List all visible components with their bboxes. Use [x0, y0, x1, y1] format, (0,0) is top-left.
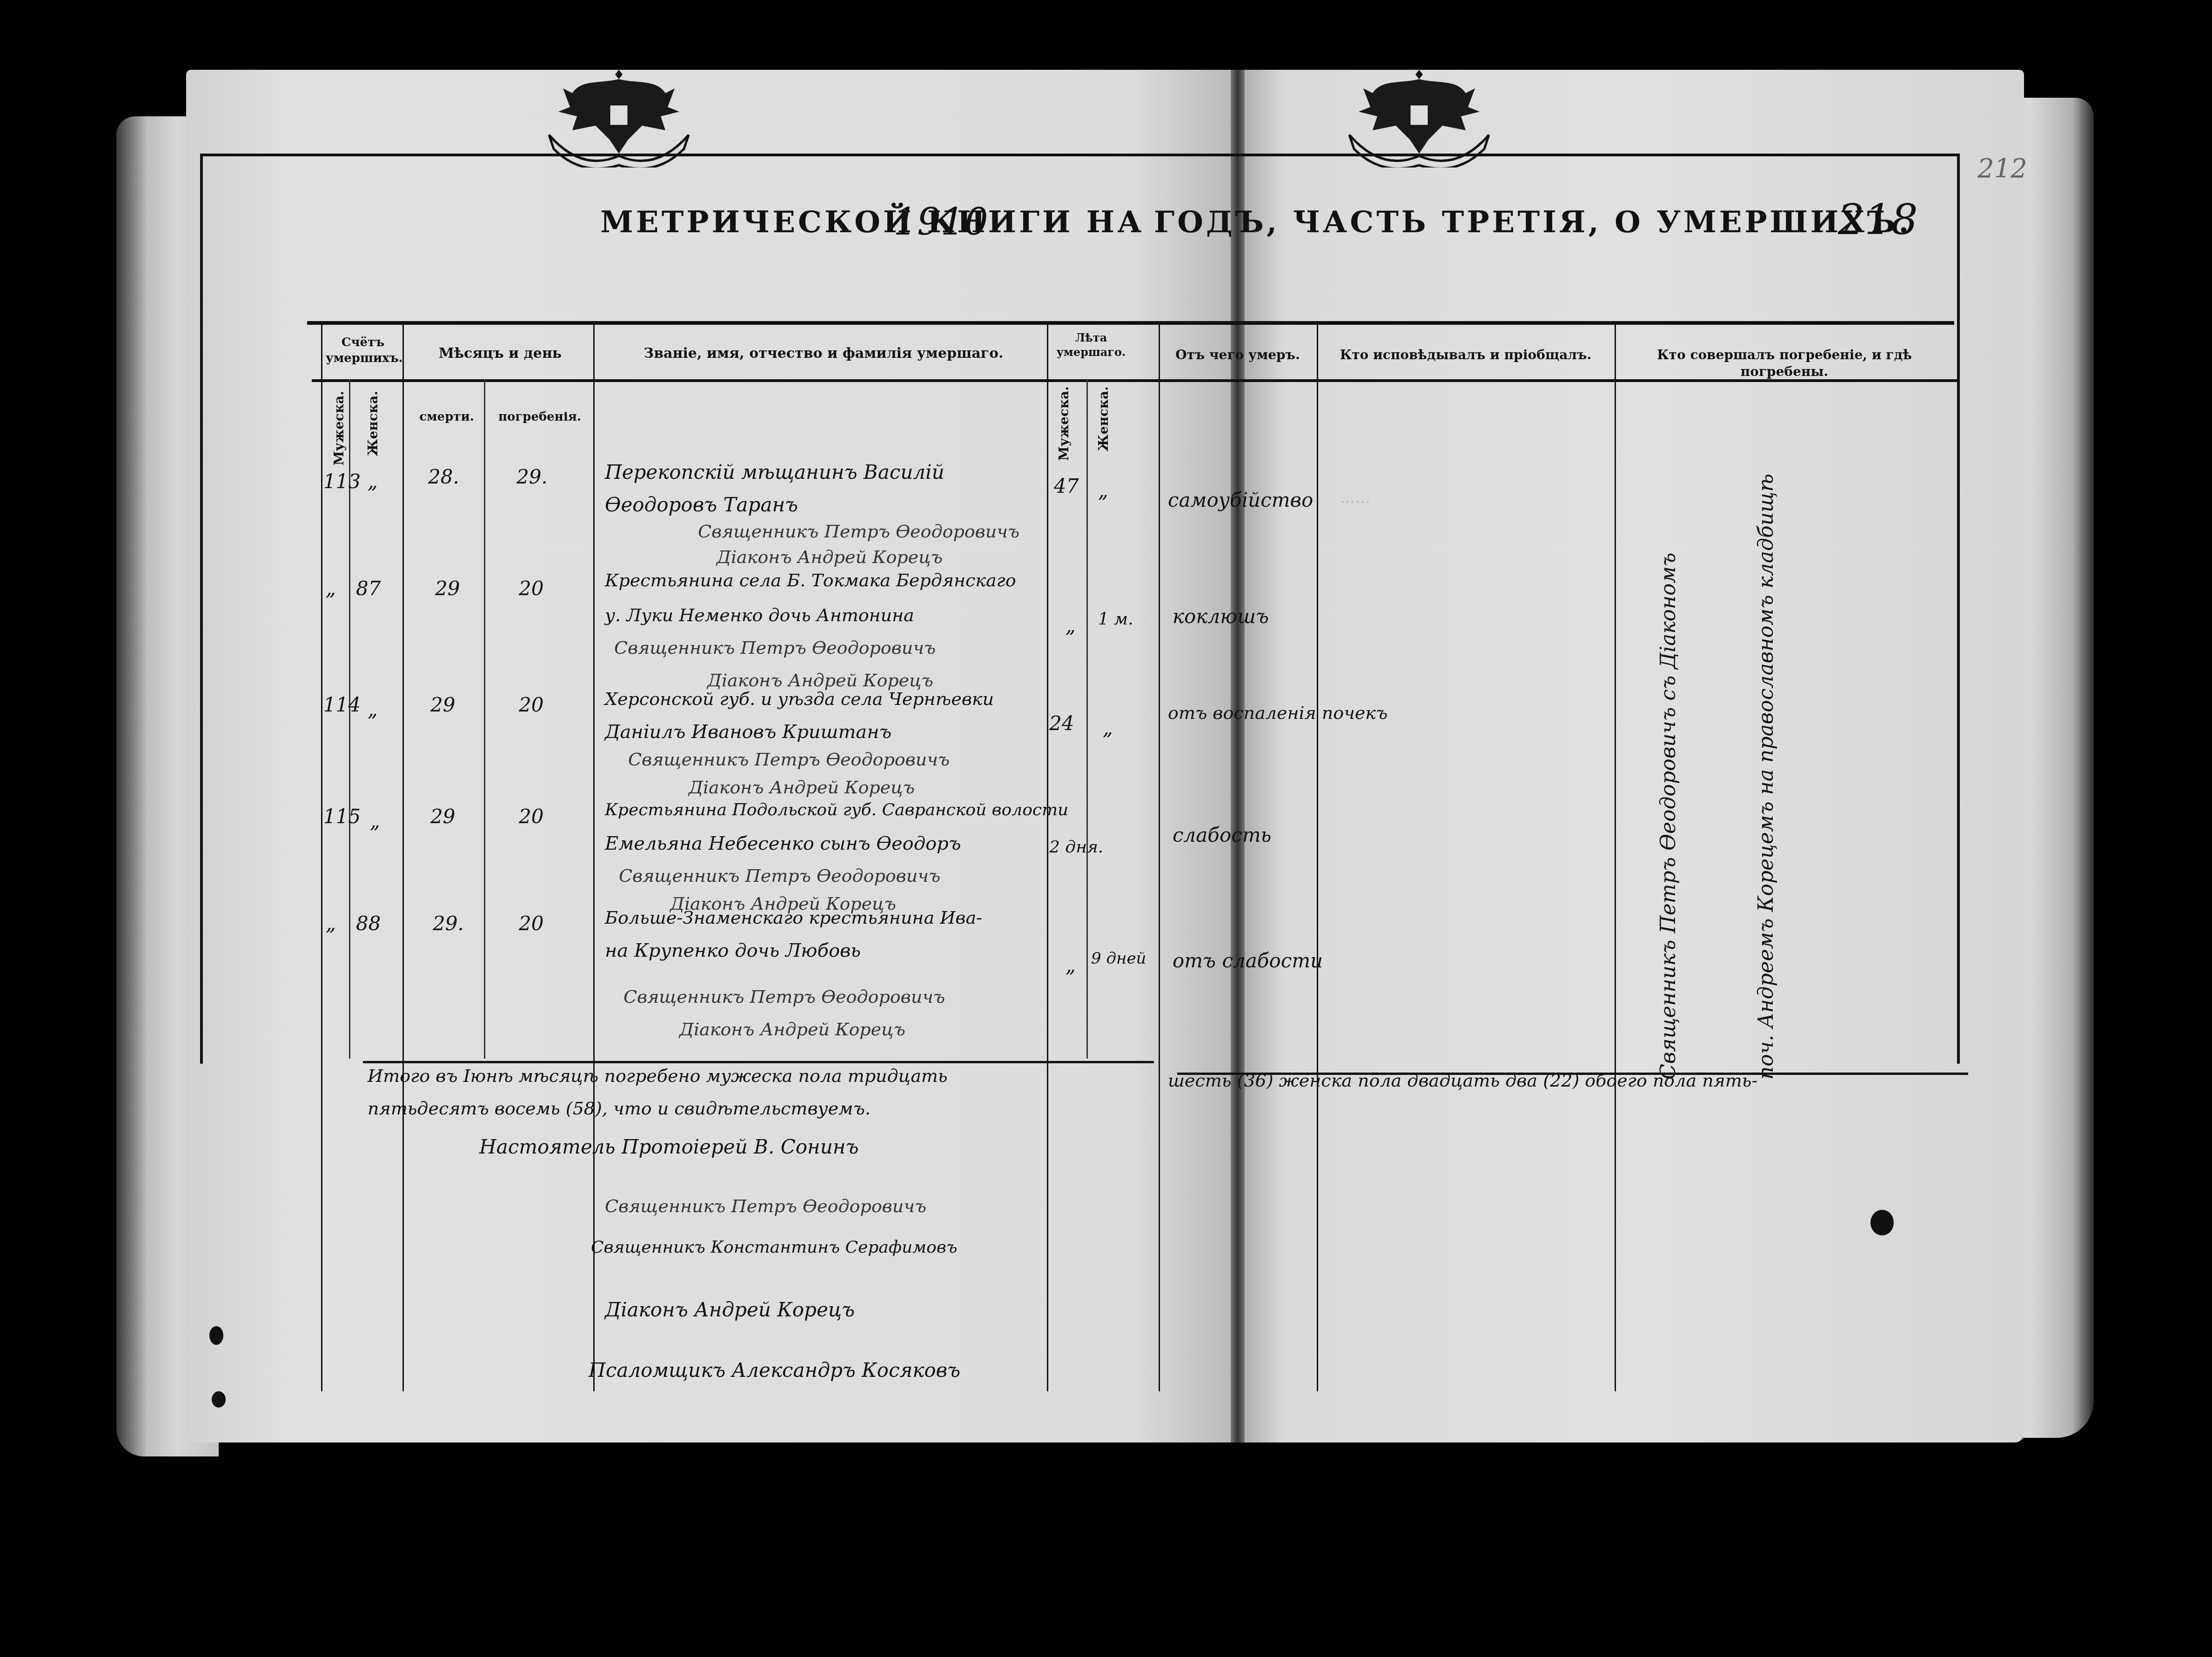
- page-title: МЕТРИЧЕСКОЙ КНИГИ НА 1910 ГОДЪ, ЧАСТЬ ТР…: [200, 205, 1954, 247]
- male-count: 113: [323, 470, 361, 493]
- bleed-through-text: ......: [1340, 489, 1370, 507]
- death-day: 29: [435, 577, 460, 600]
- column-divider: [1047, 321, 1048, 1391]
- deceased-name-line1: Больше-Знаменскаго крестьянина Ива-: [605, 907, 982, 928]
- age-female: „: [1103, 717, 1113, 739]
- column-divider: [402, 321, 404, 1391]
- summary-rule-left: [363, 1061, 1154, 1063]
- title-right: ГОДЪ, ЧАСТЬ ТРЕТІЯ, О УМЕРШИХЪ.: [1154, 205, 1911, 240]
- age-male: 47: [1054, 475, 1079, 497]
- column-divider: [484, 379, 485, 1059]
- priest-signature: Священникъ Петръ Өеодоровичъ: [698, 521, 1019, 542]
- signature-priest-petr: Священникъ Петръ Өеодоровичъ: [605, 1196, 926, 1216]
- column-divider: [321, 321, 322, 1391]
- male-count: 114: [323, 693, 361, 716]
- cause-of-death: коклюшъ: [1173, 605, 1269, 628]
- header-count-female: Женска.: [365, 391, 381, 456]
- ink-blot: [1870, 1210, 1894, 1235]
- burial-place: поч. Андреемъ Корецемъ на православномъ …: [1754, 419, 1778, 1080]
- signature-deacon: Діаконъ Андрей Корецъ: [605, 1298, 855, 1321]
- male-count: „: [326, 912, 336, 935]
- summary-right-line: шесть (36) женска пола двадцать два (22)…: [1168, 1070, 1757, 1091]
- signature-psalmist: Псаломщикъ Александръ Косяковъ: [589, 1359, 960, 1382]
- deceased-name-line2: Өеодоровъ Таранъ: [605, 493, 798, 516]
- column-divider: [1317, 321, 1318, 1391]
- female-count: „: [370, 810, 380, 832]
- signature-priest-konstantin: Священникъ Константинъ Серафимовъ: [591, 1238, 958, 1257]
- column-divider: [593, 321, 595, 1391]
- age-female: „: [1098, 479, 1108, 502]
- header-age: Лѣта умершаго.: [1049, 330, 1133, 359]
- deceased-name-line2: на Крупенко дочь Любовь: [605, 940, 861, 961]
- header-date-burial: погребенія.: [486, 409, 593, 425]
- female-count: „: [368, 470, 378, 493]
- header-confessor: Кто исповѣдывалъ и пріобщалъ.: [1319, 347, 1612, 363]
- priest-signature: Священникъ Петръ Өеодоровичъ: [623, 986, 945, 1007]
- deacon-signature: Діаконъ Андрей Корецъ: [689, 777, 915, 798]
- signature-rector: Настоятель Протоіерей В. Сонинъ: [479, 1135, 858, 1158]
- age-female: 9 дней: [1091, 949, 1146, 968]
- column-divider: [1086, 379, 1088, 1059]
- binding-hole: [209, 1326, 223, 1345]
- imperial-eagle-emblem-icon: [544, 60, 693, 168]
- summary-left-line2: пятьдесятъ восемь (58), что и свидѣтельс…: [368, 1098, 871, 1119]
- summary-left-line1: Итого въ Іюнѣ мѣсяцѣ погребено мужеска п…: [368, 1066, 948, 1086]
- archive-folio-number: 212: [1977, 154, 2027, 184]
- column-divider: [1159, 321, 1160, 1391]
- deceased-name-line1: Перекопскій мѣщанинъ Василій: [605, 461, 944, 483]
- age-male: 2 дня.: [1049, 838, 1103, 857]
- header-age-male: Мужеска.: [1056, 386, 1072, 461]
- cause-of-death: самоубійство: [1168, 489, 1313, 511]
- header-count: Счётъ умершихъ.: [326, 335, 400, 367]
- deceased-name-line1: Херсонской губ. и уѣзда села Чернѣевки: [605, 689, 994, 709]
- death-day: 29.: [433, 912, 464, 935]
- header-burial: Кто совершалъ погребеніе, и гдѣ погребен…: [1617, 347, 1952, 381]
- header-count-male: Мужеска.: [331, 391, 347, 465]
- header-name: Званіе, имя, отчество и фамилія умершаго…: [600, 344, 1047, 362]
- binding-hole: [212, 1391, 226, 1408]
- register-table-frame: [200, 154, 1960, 1064]
- deacon-signature: Діаконъ Андрей Корецъ: [717, 547, 943, 567]
- deceased-name-line1: Крестьянина села Б. Токмака Бердянскаго: [605, 570, 1016, 590]
- cause-of-death: отъ слабости: [1173, 949, 1323, 972]
- deceased-name-line2: Емельяна Небесенко сынъ Өеодоръ: [605, 833, 961, 854]
- age-male: 24: [1049, 712, 1074, 735]
- male-count: 115: [323, 805, 361, 828]
- burial-day: 20: [519, 577, 543, 600]
- burial-day: 29.: [516, 465, 548, 488]
- priest-signature: Священникъ Петръ Өеодоровичъ: [628, 749, 950, 770]
- cause-of-death: слабость: [1173, 824, 1271, 846]
- deceased-name-line1: Крестьянина Подольской губ. Савранской в…: [605, 800, 1068, 819]
- cause-of-death: отъ воспаленія почекъ: [1168, 703, 1388, 723]
- female-count: „: [368, 698, 378, 721]
- age-male: „: [1066, 954, 1076, 977]
- title-year: 1910: [893, 200, 988, 243]
- age-female: 1 м.: [1098, 610, 1133, 629]
- burial-day: 20: [519, 805, 543, 828]
- death-day: 28.: [428, 465, 459, 488]
- page-number: 218: [1838, 195, 1918, 244]
- priest-signature: Священникъ Петръ Өеодоровичъ: [614, 637, 936, 658]
- header-top-rule: [307, 321, 1954, 325]
- priest-signature: Священникъ Петръ Өеодоровичъ: [619, 865, 940, 886]
- male-count: „: [326, 577, 336, 600]
- imperial-eagle-emblem-icon: [1345, 60, 1494, 168]
- deacon-signature: Діаконъ Андрей Корецъ: [679, 1019, 905, 1040]
- burial-day: 20: [519, 693, 543, 716]
- deceased-name-line2: у. Луки Неменко дочь Антонина: [605, 605, 914, 625]
- deacon-signature: Діаконъ Андрей Корецъ: [707, 670, 933, 691]
- burial-performed-by: Священникъ Петръ Өеодоровичъ съ Діаконом…: [1656, 419, 1680, 1080]
- burial-day: 20: [519, 912, 543, 935]
- header-age-female: Женска.: [1096, 386, 1111, 451]
- female-count: 87: [356, 577, 381, 600]
- death-day: 29: [430, 693, 455, 716]
- title-left: МЕТРИЧЕСКОЙ КНИГИ НА: [600, 205, 1144, 240]
- age-male: „: [1066, 614, 1076, 637]
- column-divider: [1615, 321, 1616, 1391]
- header-date: Мѣсяцъ и день: [409, 344, 591, 362]
- female-count: 88: [356, 912, 381, 935]
- death-day: 29: [430, 805, 455, 828]
- header-date-death: смерти.: [409, 409, 484, 425]
- deceased-name-line2: Даніилъ Ивановъ Криштанъ: [605, 721, 892, 743]
- header-cause: Отъ чего умеръ.: [1161, 347, 1314, 363]
